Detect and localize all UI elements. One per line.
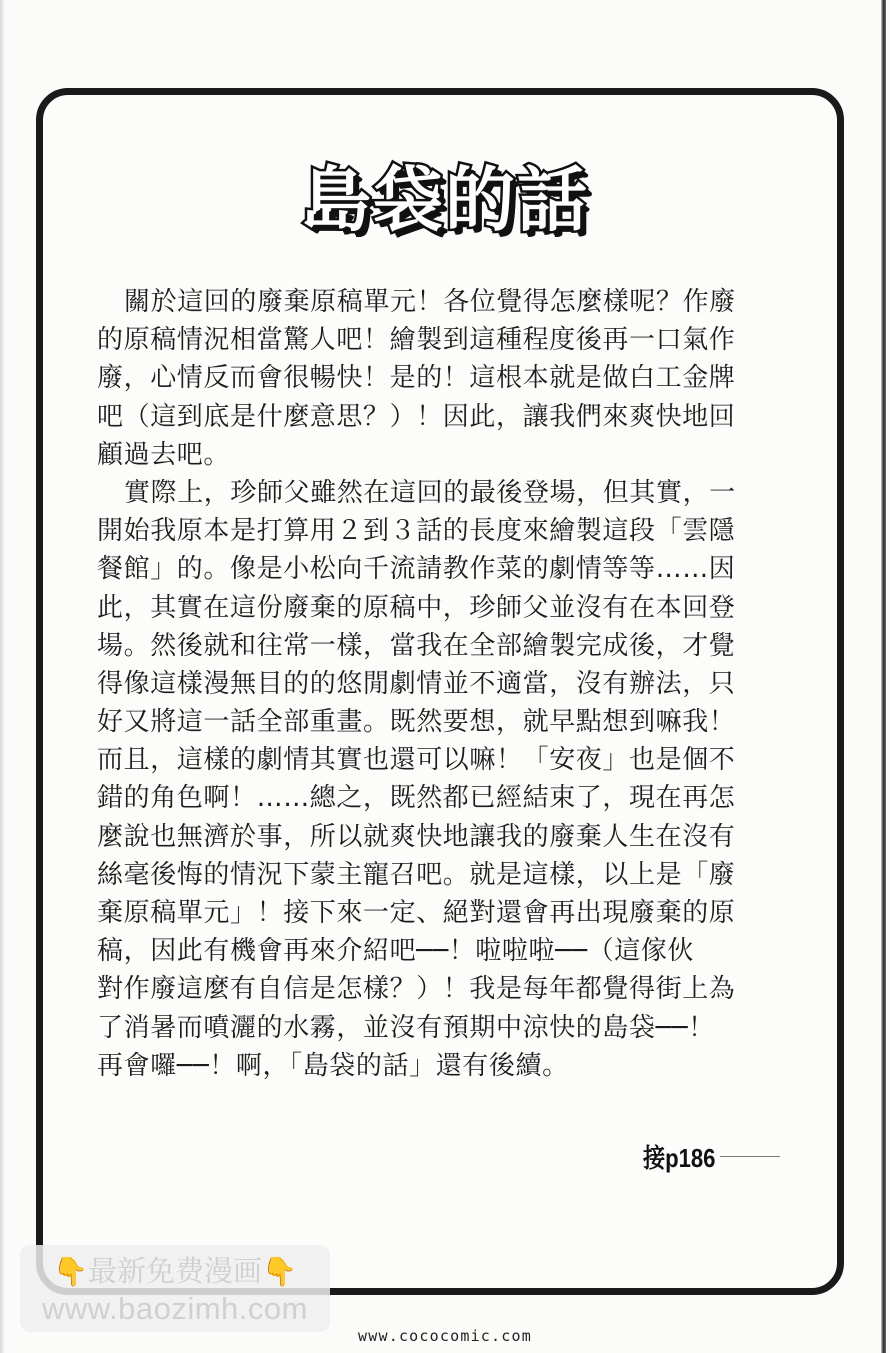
body-line: 稿，因此有機會再來介紹吧──！啦啦啦──（這傢伙 <box>97 932 797 970</box>
body-line: 麼說也無濟於事，所以就爽快地讓我的廢棄人生在沒有 <box>97 818 797 856</box>
body-line: 棄原稿單元」！接下來一定、絕對還會再出現廢棄的原 <box>97 894 797 932</box>
body-line: 此，其實在這份廢棄的原稿中，珍師父並沒有在本回登 <box>97 589 797 627</box>
body-line: 了消暑而噴灑的水霧，並沒有預期中涼快的島袋──！ <box>97 1009 797 1047</box>
body-line: 的原稿情況相當驚人吧！繪製到這種程度後再一口氣作 <box>97 321 797 359</box>
pointing-down-hand-icon: 👇 <box>53 1255 88 1288</box>
footer-url[interactable]: www.cococomic.com <box>0 1327 890 1345</box>
body-line: 顧過去吧。 <box>97 436 797 474</box>
body-line: 而且，這樣的劇情其實也還可以嘛！「安夜」也是個不 <box>97 741 797 779</box>
body-line: 錯的角色啊！……總之，既然都已經結束了，現在再怎 <box>97 779 797 817</box>
body-line: 得像這樣漫無目的的悠閒劇情並不適當，沒有辦法，只 <box>97 665 797 703</box>
body-line: 開始我原本是打算用２到３話的長度來繪製這段「雲隱 <box>97 512 797 550</box>
body-line: 吧（這到底是什麼意思？）！因此，讓我們來爽快地回 <box>97 398 797 436</box>
body-line: 實際上，珍師父雖然在這回的最後登場，但其實，一 <box>97 474 797 512</box>
body-line: 再會囉──！啊，「島袋的話」還有後續。 <box>97 1047 797 1085</box>
watermark-url[interactable]: www.baozimh.com <box>20 1291 330 1327</box>
dash-line <box>720 1156 780 1157</box>
body-line: 廢，心情反而會很暢快！是的！這根本就是做白工金牌 <box>97 359 797 397</box>
body-line: 場。然後就和往常一樣，當我在全部繪製完成後，才覺 <box>97 627 797 665</box>
watermark-overlay[interactable]: 👇最新免费漫画👇 www.baozimh.com <box>20 1245 330 1332</box>
body-line: 關於這回的廢棄原稿單元！各位覺得怎麼樣呢？作廢 <box>97 283 797 321</box>
body-text: 關於這回的廢棄原稿單元！各位覺得怎麼樣呢？作廢 的原稿情況相當驚人吧！繪製到這種… <box>97 283 797 1085</box>
body-line: 餐館」的。像是小松向千流請教作菜的劇情等等……因 <box>97 550 797 588</box>
pointing-down-hand-icon: 👇 <box>262 1255 297 1288</box>
continued-page-ref: 接p186 <box>643 1138 715 1175</box>
body-line: 對作廢這麼有自信是怎樣？）！我是每年都覺得街上為 <box>97 970 797 1008</box>
watermark-title-row: 👇最新免费漫画👇 <box>20 1251 330 1292</box>
body-line: 好又將這一話全部重畫。既然要想，就早點想到嘛我！ <box>97 703 797 741</box>
watermark-title: 最新免费漫画 <box>88 1254 262 1288</box>
body-line: 絲毫後悔的情況下蒙主寵召吧。就是這樣，以上是「廢 <box>97 856 797 894</box>
continued-note: 接p186 <box>643 1138 780 1175</box>
page-title: 島袋的話 <box>0 160 890 240</box>
